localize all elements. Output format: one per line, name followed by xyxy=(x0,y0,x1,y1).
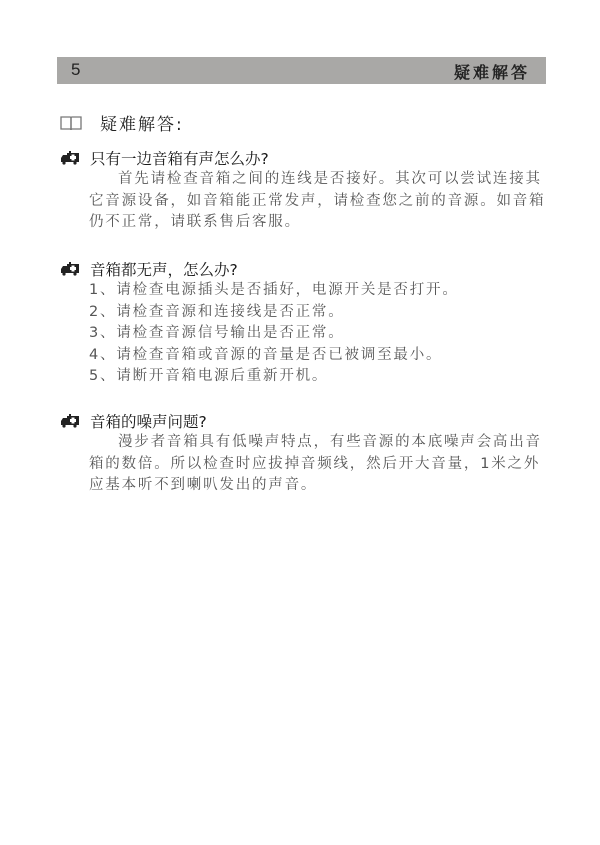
faq-answer-text: 漫步者音箱具有低噪声特点，有些音源的本底噪声会高出音箱的数倍。所以检查时应拔掉音… xyxy=(89,432,549,497)
faq-item: 音箱的噪声问题? 漫步者音箱具有低噪声特点，有些音源的本底噪声会高出音箱的数倍。… xyxy=(60,410,549,497)
section-heading: 疑难解答: xyxy=(60,110,184,135)
faq-answer-list-item: 4、请检查音箱或音源的音量是否已被调至最小。 xyxy=(89,345,549,367)
faq-question: 音箱的噪声问题? xyxy=(90,410,207,432)
faq-answer-list: 1、请检查电源插头是否插好，电源开关是否打开。 2、请检查音源和连接线是否正常。… xyxy=(89,280,549,388)
faq-answer-text: 首先请检查音箱之间的连线是否接好。其次可以尝试连接其它音源设备，如音箱能正常发声… xyxy=(89,169,549,234)
faq-question: 音箱都无声，怎么办? xyxy=(90,258,238,280)
book-icon xyxy=(60,115,82,131)
page-number: 5 xyxy=(71,60,80,80)
faq-answer-list-item: 3、请检查音源信号输出是否正常。 xyxy=(89,323,549,345)
ambulance-icon xyxy=(60,262,80,276)
faq-answer: 漫步者音箱具有低噪声特点，有些音源的本底噪声会高出音箱的数倍。所以检查时应拔掉音… xyxy=(89,432,549,497)
faq-answer-list-item: 2、请检查音源和连接线是否正常。 xyxy=(89,302,549,324)
faq-answer: 首先请检查音箱之间的连线是否接好。其次可以尝试连接其它音源设备，如音箱能正常发声… xyxy=(89,169,549,234)
faq-answer-list-item: 5、请断开音箱电源后重新开机。 xyxy=(89,366,549,388)
faq-answer-list-item: 1、请检查电源插头是否插好，电源开关是否打开。 xyxy=(89,280,549,302)
ambulance-icon xyxy=(60,151,80,165)
faq-question: 只有一边音箱有声怎么办? xyxy=(90,147,269,169)
faq-item: 音箱都无声，怎么办? 1、请检查电源插头是否插好，电源开关是否打开。 2、请检查… xyxy=(60,258,549,388)
section-heading-text: 疑难解答: xyxy=(100,110,184,135)
ambulance-icon xyxy=(60,414,80,428)
faq-answer: 1、请检查电源插头是否插好，电源开关是否打开。 2、请检查音源和连接线是否正常。… xyxy=(89,280,549,388)
header-title: 疑难解答 xyxy=(454,60,530,83)
faq-item: 只有一边音箱有声怎么办? 首先请检查音箱之间的连线是否接好。其次可以尝试连接其它… xyxy=(60,147,549,234)
page-header-bar: 5 疑难解答 xyxy=(57,57,546,84)
